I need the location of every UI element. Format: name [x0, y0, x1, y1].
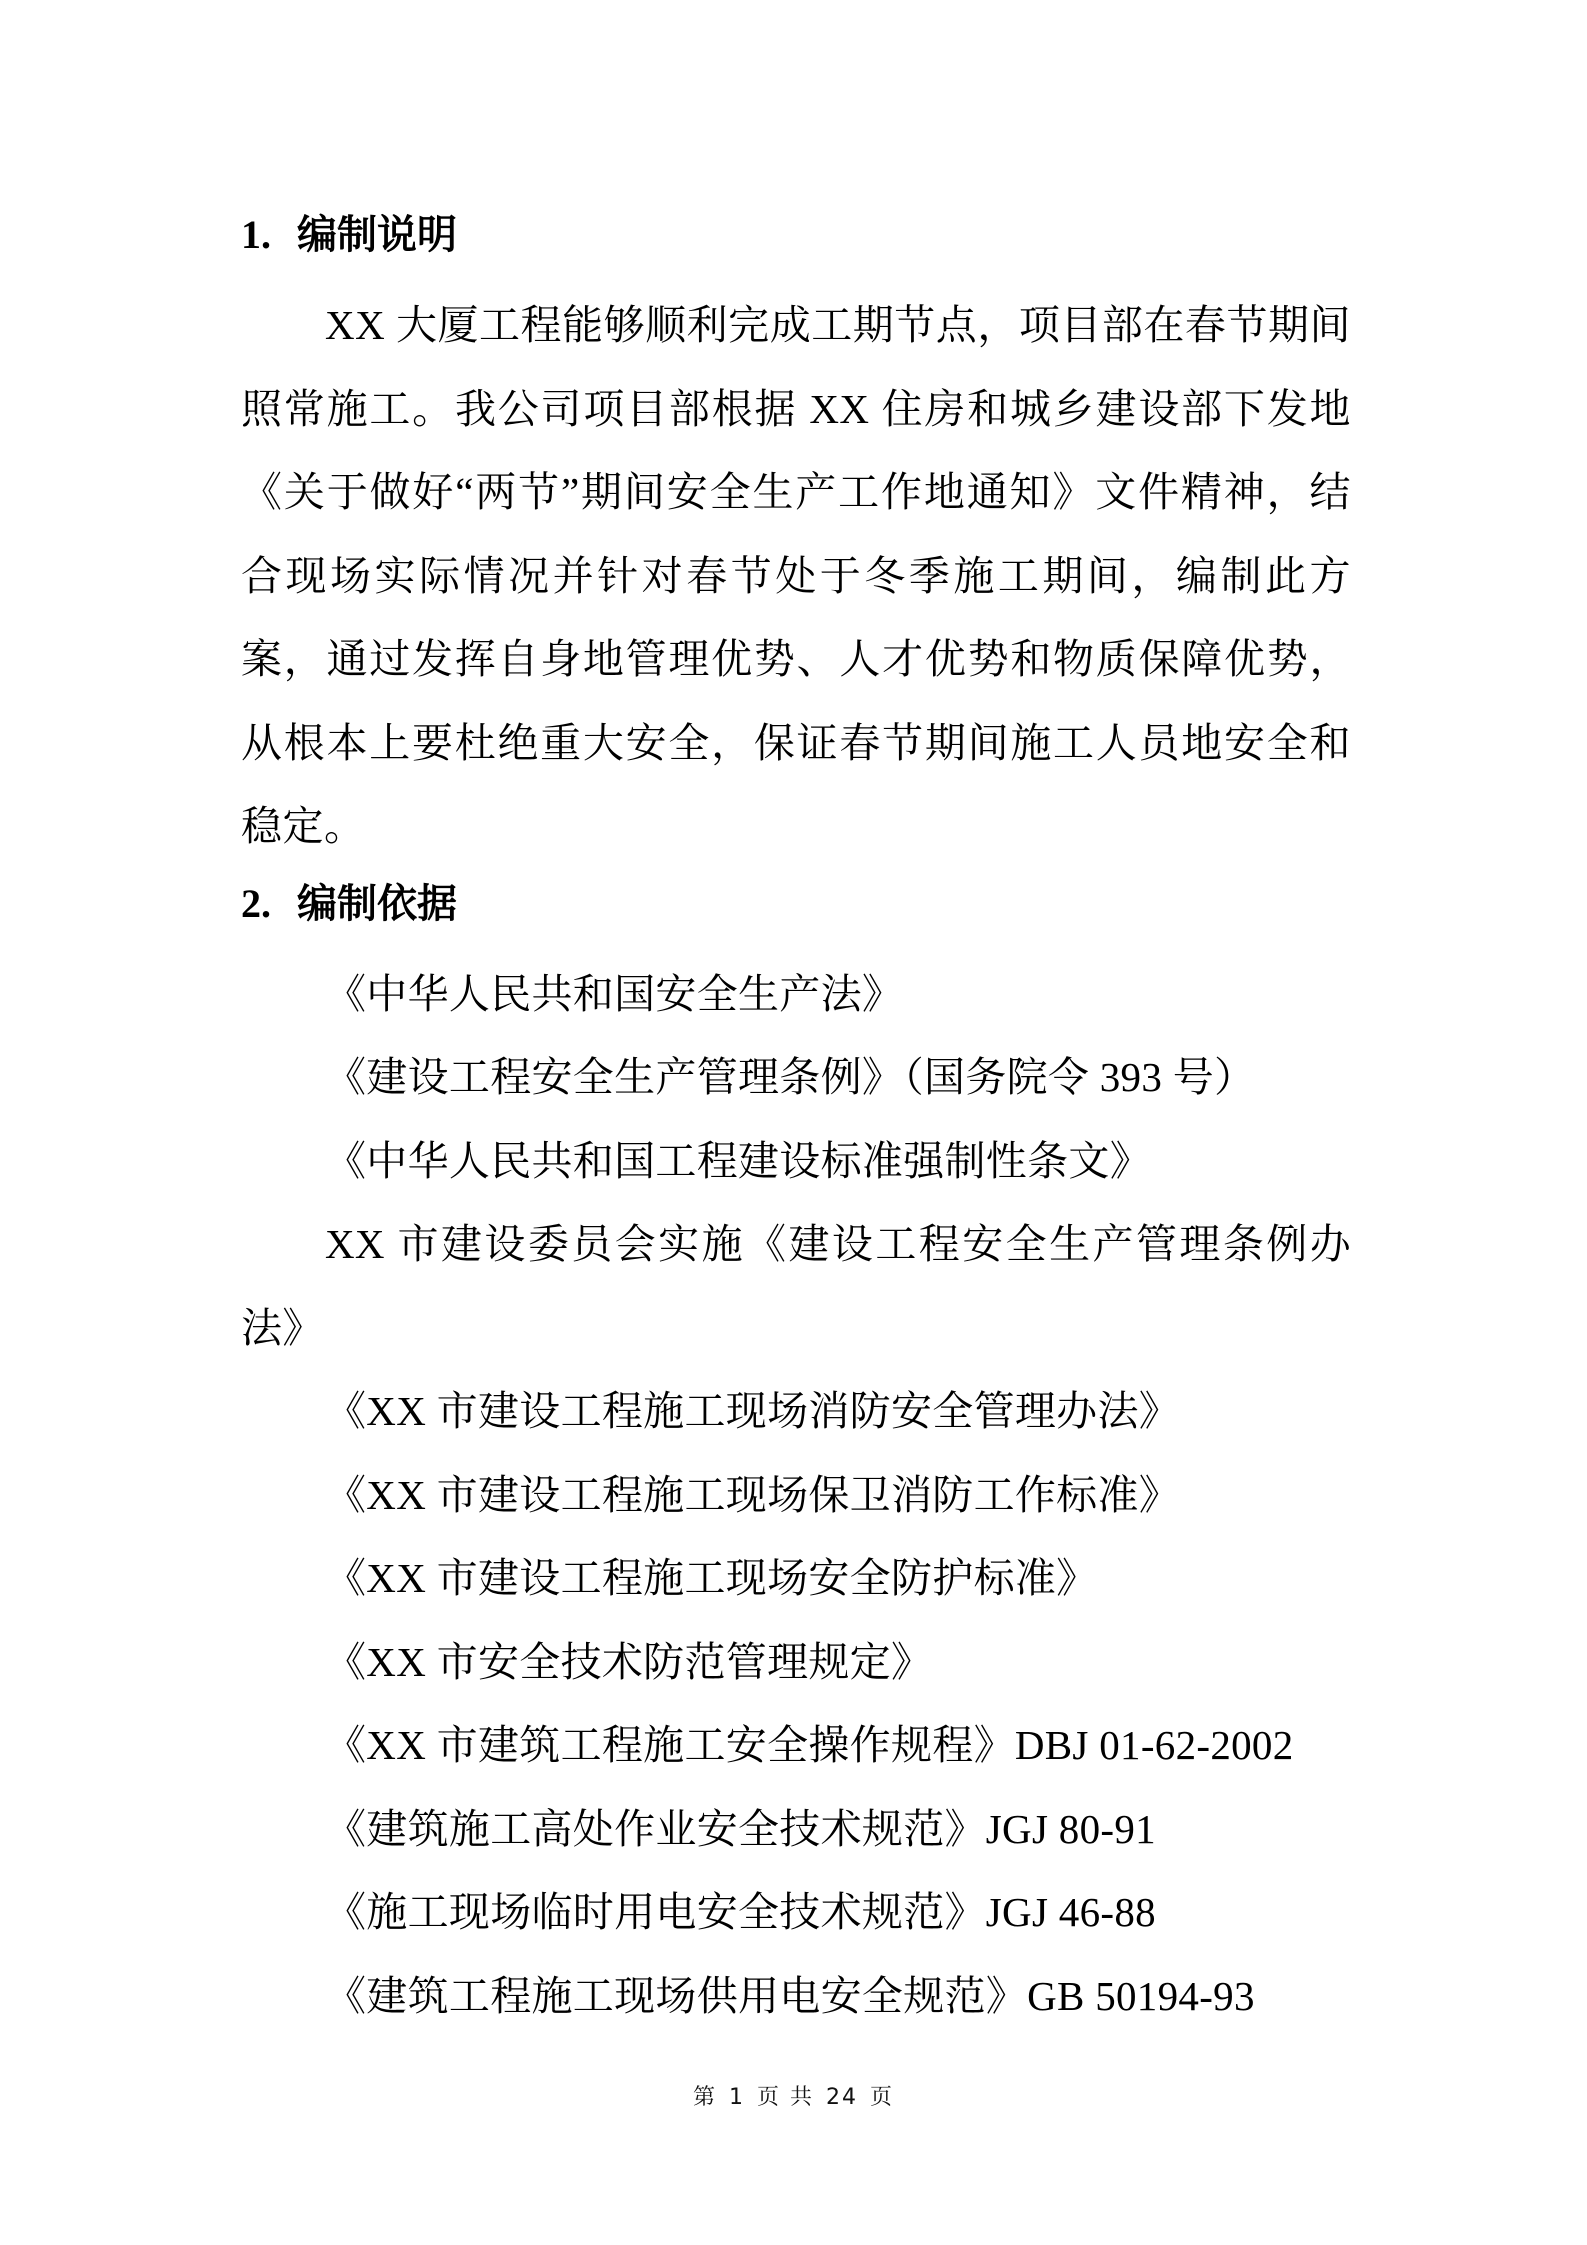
reference-item: 《XX 市建设工程施工现场保卫消防工作标准》	[241, 1454, 1351, 1538]
reference-item: 《XX 市建设工程施工现场安全防护标准》	[241, 1537, 1351, 1621]
reference-item: 《建筑施工高处作业安全技术规范》JGJ 80-91	[241, 1788, 1351, 1872]
reference-item: 《中华人民共和国安全生产法》	[241, 953, 1351, 1037]
total-pages: 24	[826, 2085, 858, 2110]
reference-item: 《XX 市安全技术防范管理规定》	[241, 1621, 1351, 1705]
page-content: 1.编制说明 XX 大厦工程能够顺利完成工期节点，项目部在春节期间照常施工。我公…	[241, 200, 1351, 2038]
reference-item: 《XX 市建设工程施工现场消防安全管理办法》	[241, 1370, 1351, 1454]
footer-middle: 页 共	[757, 2085, 814, 2110]
reference-item: 《建设工程安全生产管理条例》（国务院令 393 号）	[241, 1036, 1351, 1120]
section-heading-1: 1.编制说明	[241, 200, 1351, 284]
document-page: 1.编制说明 XX 大厦工程能够顺利完成工期节点，项目部在春节期间照常施工。我公…	[0, 0, 1587, 2245]
footer-suffix: 页	[870, 2085, 894, 2110]
page-footer: 第1页 共24页	[0, 2080, 1587, 2111]
section-heading-2: 2.编制依据	[241, 869, 1351, 953]
reference-item: XX 市建设委员会实施《建设工程安全生产管理条例办法》	[241, 1203, 1351, 1370]
section-title: 编制说明	[297, 212, 457, 257]
reference-item: 《建筑工程施工现场供用电安全规范》GB 50194-93	[241, 1955, 1351, 2039]
section-body-paragraph: XX 大厦工程能够顺利完成工期节点，项目部在春节期间照常施工。我公司项目部根据 …	[241, 284, 1351, 869]
footer-prefix: 第	[693, 2085, 717, 2110]
section-title: 编制依据	[297, 881, 457, 926]
section-number: 2.	[241, 869, 297, 939]
reference-item: 《施工现场临时用电安全技术规范》JGJ 46-88	[241, 1871, 1351, 1955]
reference-list: 《中华人民共和国安全生产法》 《建设工程安全生产管理条例》（国务院令 393 号…	[241, 953, 1351, 2039]
current-page-number: 1	[729, 2085, 745, 2110]
section-number: 1.	[241, 200, 297, 270]
reference-item: 《XX 市建筑工程施工安全操作规程》DBJ 01-62-2002	[241, 1704, 1351, 1788]
reference-item: 《中华人民共和国工程建设标准强制性条文》	[241, 1120, 1351, 1204]
